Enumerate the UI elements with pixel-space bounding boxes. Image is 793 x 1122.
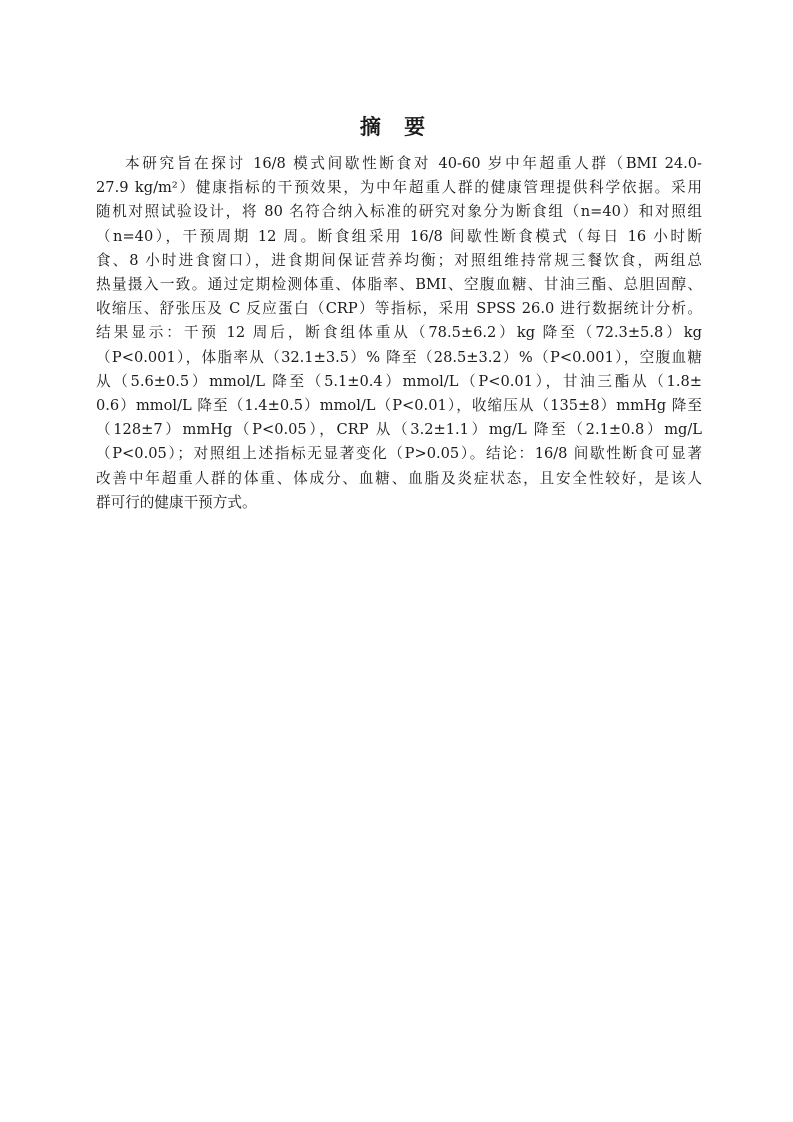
abstract-line: 收缩压、舒张压及 C 反应蛋白（CRP）等指标，采用 SPSS 26.0 进行数… xyxy=(96,297,702,321)
abstract-line: 从（5.6±0.5）mmol/L 降至（5.1±0.4）mmol/L（P<0.0… xyxy=(96,370,702,394)
abstract-line: （P<0.001），体脂率从（32.1±3.5）% 降至（28.5±3.2）%（… xyxy=(96,346,702,370)
abstract-line: （128±7）mmHg（P<0.05），CRP 从（3.2±1.1）mg/L 降… xyxy=(96,418,702,442)
abstract-line: （n=40），干预周期 12 周。断食组采用 16/8 间歇性断食模式（每日 1… xyxy=(96,225,702,249)
abstract-body: 本研究旨在探讨 16/8 模式间歇性断食对 40-60 岁中年超重人群（BMI … xyxy=(96,152,702,515)
abstract-line: 27.9 kg/m²）健康指标的干预效果，为中年超重人群的健康管理提供科学依据。… xyxy=(96,176,702,200)
abstract-line: （P<0.05）；对照组上述指标无显著变化（P>0.05）。结论：16/8 间歇… xyxy=(96,442,702,466)
abstract-title: 摘 要 xyxy=(0,112,793,142)
abstract-line: 本研究旨在探讨 16/8 模式间歇性断食对 40-60 岁中年超重人群（BMI … xyxy=(96,152,702,176)
abstract-line: 随机对照试验设计，将 80 名符合纳入标准的研究对象分为断食组（n=40）和对照… xyxy=(96,200,702,224)
abstract-line: 结果显示：干预 12 周后，断食组体重从（78.5±6.2）kg 降至（72.3… xyxy=(96,321,702,345)
abstract-line: 0.6）mmol/L 降至（1.4±0.5）mmol/L（P<0.01），收缩压… xyxy=(96,394,702,418)
abstract-line: 热量摄入一致。通过定期检测体重、体脂率、BMI、空腹血糖、甘油三酯、总胆固醇、 xyxy=(96,273,702,297)
abstract-line: 改善中年超重人群的体重、体成分、血糖、血脂及炎症状态，且安全性较好，是该人 xyxy=(96,467,702,491)
abstract-line: 食、8 小时进食窗口），进食期间保证营养均衡；对照组维持常规三餐饮食，两组总 xyxy=(96,249,702,273)
abstract-line: 群可行的健康干预方式。 xyxy=(96,491,702,515)
document-page: 摘 要 本研究旨在探讨 16/8 模式间歇性断食对 40-60 岁中年超重人群（… xyxy=(0,0,793,1122)
